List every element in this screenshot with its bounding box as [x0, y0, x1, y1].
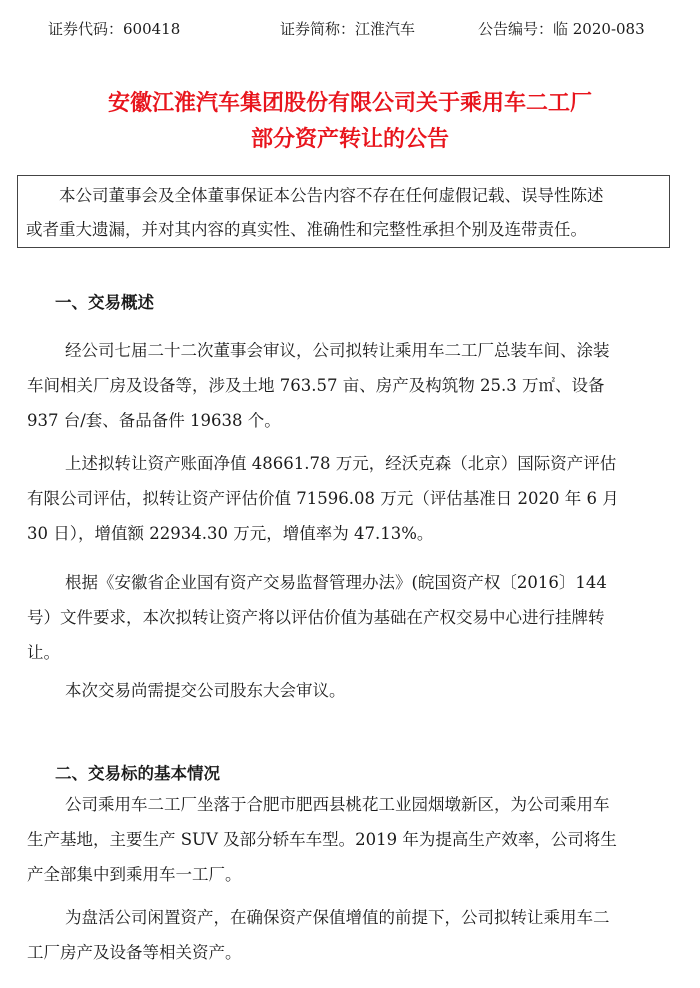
paragraph-line: 工厂房产及设备等相关资产。 [27, 935, 667, 970]
paragraph-valuation: 上述拟转让资产账面净值 48661.78 万元，经沃克森（北京）国际资产评估 有… [27, 446, 667, 551]
paragraph-regulation: 根据《安徽省企业国有资产交易监督管理办法》(皖国资产权〔2016〕144 号）文… [27, 565, 667, 670]
paragraph-line: 公司乘用车二工厂坐落于合肥市肥西县桃花工业园烟墩新区，为公司乘用车 [27, 787, 667, 822]
document-title-line-1: 安徽江淮汽车集团股份有限公司关于乘用车二工厂 [0, 86, 700, 122]
paragraph-line: 让。 [27, 635, 667, 670]
stock-code: 证券代码：600418 [48, 18, 180, 39]
document-title-line-2: 部分资产转让的公告 [0, 122, 700, 158]
paragraph-line: 有限公司评估，拟转让资产评估价值 71596.08 万元（评估基准日 2020 … [27, 481, 667, 516]
document-header: 证券代码：600418 证券简称：江淮汽车 公告编号：临 2020-083 [0, 18, 700, 42]
paragraph-line: 30 日），增值额 22934.30 万元，增值率为 47.13%。 [27, 516, 667, 551]
paragraph-line: 产全部集中到乘用车一工厂。 [27, 857, 667, 892]
notice-line-1: 本公司董事会及全体董事保证本公告内容不存在任何虚假记载、误导性陈述 [26, 182, 663, 206]
paragraph-line: 根据《安徽省企业国有资产交易监督管理办法》(皖国资产权〔2016〕144 [27, 565, 667, 600]
paragraph-plant-location: 公司乘用车二工厂坐落于合肥市肥西县桃花工业园烟墩新区，为公司乘用车 生产基地，主… [27, 787, 667, 892]
paragraph-idle-assets: 为盘活公司闲置资产，在确保资产保值增值的前提下，公司拟转让乘用车二 工厂房产及设… [27, 900, 667, 970]
paragraph-line: 937 台/套、备品备件 19638 个。 [27, 403, 667, 438]
section-heading-asset-basics: 二、交易标的基本情况 [55, 760, 220, 784]
paragraph-line: 为盘活公司闲置资产，在确保资产保值增值的前提下，公司拟转让乘用车二 [27, 900, 667, 935]
paragraph-line: 经公司七届二十二次董事会审议，公司拟转让乘用车二工厂总装车间、涂装 [27, 333, 667, 368]
paragraph-line: 生产基地，主要生产 SUV 及部分轿车车型。2019 年为提高生产效率，公司将生 [27, 822, 667, 857]
paragraph-overview: 经公司七届二十二次董事会审议，公司拟转让乘用车二工厂总装车间、涂装 车间相关厂房… [27, 333, 667, 438]
paragraph-line: 本次交易尚需提交公司股东大会审议。 [27, 673, 667, 708]
board-guarantee-notice: 本公司董事会及全体董事保证本公告内容不存在任何虚假记载、误导性陈述 或者重大遗漏… [17, 175, 670, 248]
section-heading-transaction-overview: 一、交易概述 [55, 289, 154, 313]
paragraph-shareholder-approval: 本次交易尚需提交公司股东大会审议。 [27, 673, 667, 708]
announcement-number: 公告编号：临 2020-083 [478, 18, 645, 39]
stock-name: 证券简称：江淮汽车 [280, 18, 415, 39]
paragraph-line: 车间相关厂房及设备等，涉及土地 763.57 亩、房产及构筑物 25.3 万㎡、… [27, 368, 667, 403]
notice-line-2: 或者重大遗漏，并对其内容的真实性、准确性和完整性承担个别及连带责任。 [26, 216, 663, 240]
paragraph-line: 号）文件要求，本次拟转让资产将以评估价值为基础在产权交易中心进行挂牌转 [27, 600, 667, 635]
paragraph-line: 上述拟转让资产账面净值 48661.78 万元，经沃克森（北京）国际资产评估 [27, 446, 667, 481]
